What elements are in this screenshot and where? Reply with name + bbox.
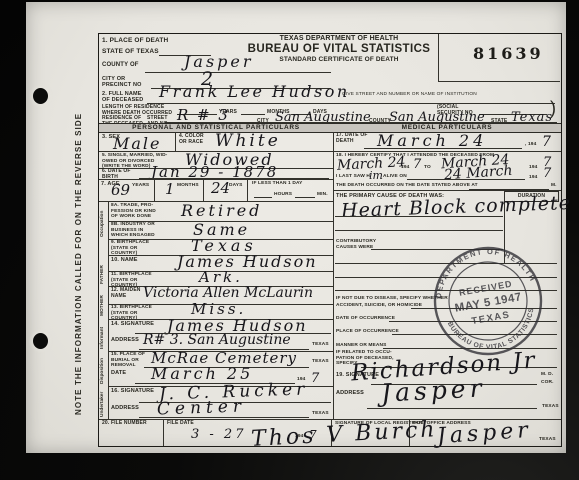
burial-label: 15. PLACE OF BURIAL OR REMOVAL xyxy=(111,352,145,369)
side-label-disposition: Disposition xyxy=(100,353,105,384)
undertaker-address-state: TEXAS xyxy=(312,411,329,417)
column-divider xyxy=(333,132,334,419)
side-label-occupation: Occupation xyxy=(100,203,105,237)
industry-label: 8B. INDUSTRY OR BUSINESS IN WHICH ENGAGE… xyxy=(111,222,155,239)
dod-line xyxy=(364,148,522,149)
occurrence-place-label: PLACE OF OCCURRENCE xyxy=(336,329,399,335)
father-birthplace-value: Ark. xyxy=(199,270,243,285)
date-of-death-value: March 24 xyxy=(377,133,487,149)
md-label: M. D. xyxy=(541,372,553,378)
physician-address-value: Jasper xyxy=(380,375,486,405)
occurred-m-label: M. xyxy=(551,183,557,189)
burial-date-year: 7 xyxy=(311,372,319,385)
min-line xyxy=(295,197,315,198)
place-of-death-label: 1. PLACE OF DEATH xyxy=(102,37,168,44)
if-less-label: IF LESS THAN 1 DAY xyxy=(252,181,303,187)
physician-address-state: TEXAS xyxy=(542,404,559,410)
scanned-death-certificate: NOTE THE INFORMATION CALLED FOR ON THE R… xyxy=(0,0,579,480)
street-no-value: R # 3 xyxy=(177,108,230,123)
burial-state: TEXAS xyxy=(312,359,329,365)
race-label: 4. COLOR OR RACE xyxy=(179,134,204,146)
age-months-value: 1 xyxy=(165,182,175,197)
age-divider-3 xyxy=(247,179,248,201)
punch-hole-bottom xyxy=(33,333,48,349)
fullname-line xyxy=(147,103,555,104)
min-label: MIN. xyxy=(317,192,328,198)
state-label: STATE OF TEXAS xyxy=(102,48,159,55)
manner-label: MANNER OR MEANS xyxy=(336,343,387,349)
sex-race-divider xyxy=(175,132,176,151)
file-number-label: 20. FILE NUMBER xyxy=(102,421,147,427)
informant-address-label: ADDRESS xyxy=(111,337,139,343)
stamp-state: TEXAS xyxy=(471,309,512,327)
physician-address-label: ADDRESS xyxy=(336,390,364,396)
band-divider-1 xyxy=(163,419,164,446)
dod-year-value: 7 xyxy=(542,135,551,149)
age-years-value: 69 xyxy=(111,183,130,198)
mother-name-value: Victoria Allen McLaurin xyxy=(143,286,313,300)
hours-label: HOURS xyxy=(274,192,292,198)
fullname-label: 2. FULL NAME OF DECEASED xyxy=(102,91,143,104)
age-years-caption: YEARS xyxy=(132,183,149,189)
informant-signature-label: 14. SIGNATURE xyxy=(111,321,154,327)
cause-line-2 xyxy=(335,230,503,231)
informant-address-state: TEXAS xyxy=(312,342,329,348)
mother-name-label: 12. MAIDEN NAME xyxy=(111,288,141,300)
from-year-printed: 194 xyxy=(401,165,409,171)
age-months-caption: MONTHS xyxy=(177,183,199,189)
file-date-value: 3 - 27 xyxy=(191,428,246,441)
certificate-number-box: 81639 xyxy=(438,34,560,82)
months-line xyxy=(241,114,265,115)
sex-value: Male xyxy=(113,136,162,152)
physician-addr-line xyxy=(367,408,537,409)
occupation-value: Retired xyxy=(181,203,262,219)
burial-date-value: March 25 xyxy=(151,366,253,382)
registrar-signature-value: Thos V Burch xyxy=(251,419,439,451)
hours-line xyxy=(254,197,272,198)
side-label-father: FATHER xyxy=(100,256,105,284)
last-saw-year-printed: 194 xyxy=(529,175,537,181)
dod-year-printed: , 194 xyxy=(525,142,536,148)
to-label: TO xyxy=(424,165,431,171)
deceased-name-value: Frank Lee Hudson xyxy=(159,84,350,100)
occurrence-date-label: DATE OF OCCURRENCE xyxy=(336,316,395,322)
date-of-death-label: 17. DATE OF DEATH xyxy=(336,133,368,145)
mother-birthplace-value: Miss. xyxy=(191,302,246,317)
last-saw-pre: I LAST SAW H xyxy=(336,174,370,180)
occurred-label: THE DEATH OCCURRED ON THE DATE STATED AB… xyxy=(336,183,478,189)
county-value: Jasper xyxy=(184,54,254,70)
age-divider-1 xyxy=(154,179,155,201)
certificate-number: 81639 xyxy=(473,44,544,63)
punch-hole-top xyxy=(33,88,48,104)
certificate-form: 1. PLACE OF DEATH STATE OF TEXAS TEXAS D… xyxy=(98,33,562,447)
city-precinct-label: CITY OR PRECINCT NO xyxy=(102,76,142,89)
race-value: White xyxy=(215,133,281,150)
postoffice-value: Jasper xyxy=(436,420,532,449)
side-label-informant: Informant xyxy=(100,321,105,349)
age-days-caption: DAYS xyxy=(229,183,243,189)
last-saw-post: ALIVE ON xyxy=(383,174,407,180)
undertaker-address-value: Center xyxy=(157,398,247,418)
county-label: COUNTY OF xyxy=(102,62,139,69)
not-disease-line2: ACCIDENT, SUICIDE, OR HOMICIDE xyxy=(336,303,422,309)
side-label-mother: MOTHER xyxy=(100,288,105,316)
last-saw-line xyxy=(407,179,525,180)
occupation-label: 8A. TRADE, PRO- FESSION OR KIND OF WORK … xyxy=(111,203,156,220)
street-caption: GIVE STREET AND NUMBER OR NAME OF INSTIT… xyxy=(342,92,477,98)
burial-date-label: DATE xyxy=(111,370,126,376)
to-year-printed: 194 xyxy=(529,165,537,171)
side-label-undertaker: Undertaker xyxy=(100,388,105,417)
postoffice-state: TEXAS xyxy=(539,437,556,443)
county-line xyxy=(145,72,331,73)
undertaker-address-label: ADDRESS xyxy=(111,405,139,411)
reverse-side-note: NOTE THE INFORMATION CALLED FOR ON THE R… xyxy=(74,85,83,415)
dept-line1: TEXAS DEPARTMENT OF HEALTH xyxy=(214,35,464,43)
row-line xyxy=(333,151,561,152)
last-saw-year: 7 xyxy=(543,167,551,180)
undertaker-addr-line xyxy=(139,417,309,418)
age-divider-2 xyxy=(203,179,204,201)
cause-line-1 xyxy=(335,216,503,217)
cor-label: COR. xyxy=(541,380,554,386)
received-stamp: DEPARTMENT OF HEALTH BUREAU OF VITAL STA… xyxy=(429,242,547,360)
file-date-label: FILE DATE xyxy=(167,421,194,427)
age-days-value: 24 xyxy=(211,181,230,196)
attended-from-year: 7 xyxy=(413,158,421,171)
undertaker-signature-label: 16. SIGNATURE xyxy=(111,388,154,394)
father-name-label: 10. NAME xyxy=(111,257,138,263)
informant-address-value: R# 3. San Augustine xyxy=(143,333,291,347)
last-saw-hw: im xyxy=(369,170,383,181)
